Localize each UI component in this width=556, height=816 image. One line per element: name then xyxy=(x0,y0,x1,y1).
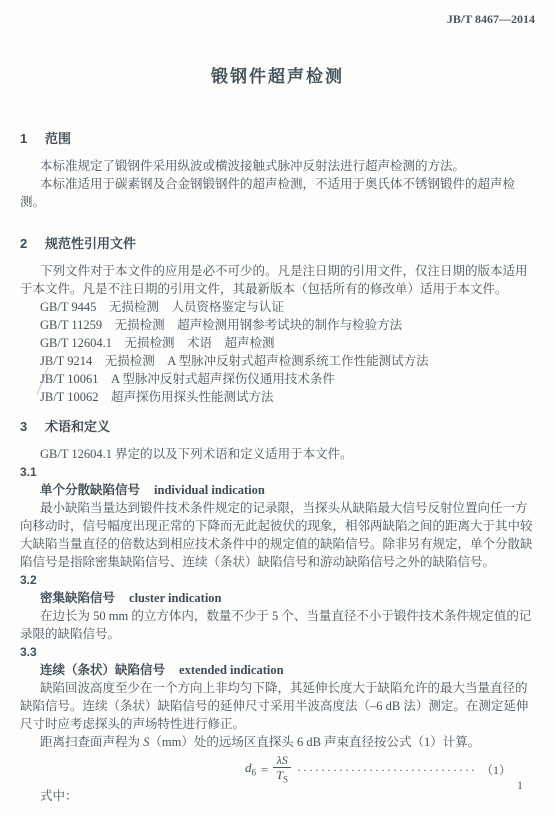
reference-item: GB/T 11259 无损检测 超声检测用钢参考试块的制作与检验方法 xyxy=(20,316,535,334)
section-3-number: 3 xyxy=(20,418,45,435)
section-1-title: 范围 xyxy=(45,131,71,146)
section-3-title: 术语和定义 xyxy=(45,419,110,434)
section-3-heading: 3术语和定义 xyxy=(20,418,535,435)
formula-lhs: d6 xyxy=(245,759,256,782)
scope-paragraph-2: 本标准适用于碳素钢及合金钢锻钢件的超声检测，不适用于奥氏体不锈钢锻件的超声检测。 xyxy=(20,175,535,211)
section-2-heading: 2规范性引用文件 xyxy=(20,235,535,252)
scope-paragraph-1: 本标准规定了锻钢件采用纵波或横波接触式脉冲反射法进行超声检测的方法。 xyxy=(20,157,535,175)
formula-numerator: λS xyxy=(274,753,291,767)
formula-lhs-subscript: 6 xyxy=(252,767,257,777)
formula-fraction: λS TS xyxy=(273,753,291,786)
doc-title: 锻钢件超声检测 xyxy=(20,66,535,88)
document-page: JB/T 8467—2014 锻钢件超声检测 1范围 本标准规定了锻钢件采用纵波… xyxy=(0,0,556,816)
doc-header: JB/T 8467—2014 xyxy=(20,12,535,26)
beam-diameter-paragraph: 距离扫查面声程为 S（mm）处的远场区直探头 6 dB 声束直径按公式（1）计算… xyxy=(20,733,535,751)
term-3-3-en: extended indication xyxy=(179,663,284,677)
beam-para-post: （mm）处的远场区直探头 6 dB 声束直径按公式（1）计算。 xyxy=(149,735,480,749)
reference-item: GB/T 9445 无损检测 人员资格鉴定与认证 xyxy=(20,298,535,316)
term-3-2-title: 密集缺陷信号cluster indication xyxy=(20,589,535,607)
formula-equation-number: （1） xyxy=(481,761,511,779)
term-3-3-definition: 缺陷回波高度至少在一个方向上非均匀下降，其延伸长度大于缺陷允许的最大当量直径的缺… xyxy=(20,679,535,733)
formula-denominator: TS xyxy=(273,767,291,786)
term-3-2-zh: 密集缺陷信号 xyxy=(40,591,115,605)
beam-para-pre: 距离扫查面声程为 xyxy=(40,735,143,749)
term-3-1-en: individual indication xyxy=(154,483,265,497)
formula-1: d6 = λS TS ·····························… xyxy=(245,753,535,787)
term-3-3-title: 连续（条状）缺陷信号extended indication xyxy=(20,661,535,679)
term-3-2-en: cluster indication xyxy=(129,591,221,605)
page-number: 1 xyxy=(517,776,523,794)
section-1-number: 1 xyxy=(20,130,45,147)
term-3-3-number: 3.3 xyxy=(20,643,535,661)
term-3-2-number: 3.2 xyxy=(20,571,535,589)
terms-intro: GB/T 12604.1 界定的以及下列术语和定义适用于本文件。 xyxy=(20,445,535,463)
term-3-1-title: 单个分散缺陷信号individual indication xyxy=(20,481,535,499)
reference-item: JB/T 10061 A 型脉冲反射式超声探伤仪通用技术条件 xyxy=(20,370,535,388)
formula-denominator-subscript: S xyxy=(283,775,288,785)
references-intro: 下列文件对于本文件的应用是必不可少的。凡是注日期的引用文件，仅注日期的版本适用于… xyxy=(20,262,535,298)
where-label: 式中： xyxy=(20,787,535,805)
term-3-2-definition: 在边长为 50 mm 的立方体内，数量不少于 5 个、当量直径不小于锻件技术条件… xyxy=(20,607,535,643)
term-3-1-definition: 最小缺陷当量达到锻件技术条件规定的记录限，当探头从缺陷最大信号反射位置向任一方向… xyxy=(20,499,535,571)
reference-item: JB/T 9214 无损检测 A 型脉冲反射式超声检测系统工作性能测试方法 xyxy=(20,352,535,370)
section-2-title: 规范性引用文件 xyxy=(45,236,136,251)
formula-dot-leader: ········································… xyxy=(297,761,477,779)
reference-item: JB/T 10062 超声探伤用探头性能测试方法 xyxy=(20,388,535,406)
section-2-number: 2 xyxy=(20,235,45,252)
section-1-heading: 1范围 xyxy=(20,130,535,147)
term-3-1-zh: 单个分散缺陷信号 xyxy=(40,483,140,497)
term-3-1-number: 3.1 xyxy=(20,463,535,481)
term-3-3-zh: 连续（条状）缺陷信号 xyxy=(40,663,165,677)
formula-equals-sign: = xyxy=(261,761,268,779)
standard-number: JB/T 8467—2014 xyxy=(447,12,535,26)
reference-item: GB/T 12604.1 无损检测 术语 超声检测 xyxy=(20,334,535,352)
